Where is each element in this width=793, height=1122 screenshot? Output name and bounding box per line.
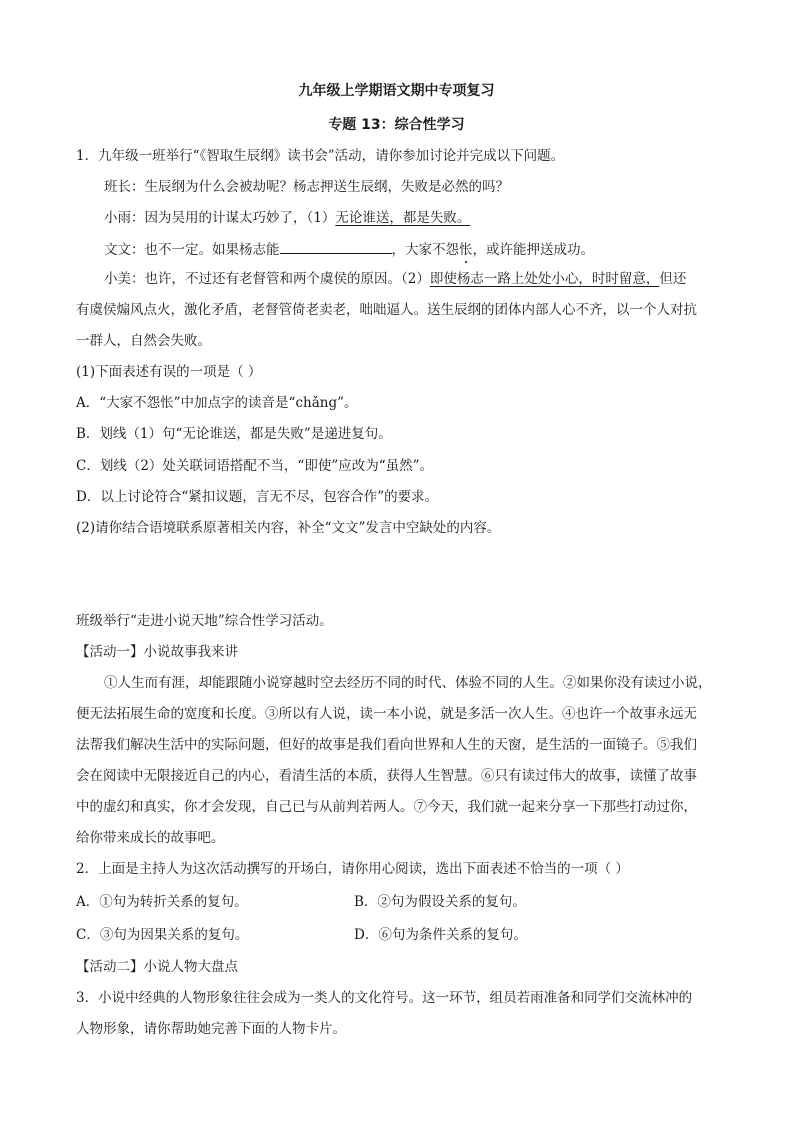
q1-sub1-question: (1)下面表述有误的一项是（ ）	[76, 363, 261, 381]
fill-in-blank[interactable]	[280, 239, 392, 254]
dialogue-banzhang: 班长：生辰纲为什么会被劫呢？杨志押送生辰纲，失败是必然的吗？	[104, 178, 509, 196]
activity1-title: 【活动一】小说故事我来讲	[76, 643, 238, 661]
q2-option-a[interactable]: A．①句为转折关系的复句。	[76, 893, 248, 911]
dialogue-wenwen-suffix: ，或许能押送成功。	[473, 242, 595, 258]
passage-line: 中的虚幻和真实，你才会发现，自己已与从前判若两人。⑦今天，我们就一起来分享一下那…	[76, 798, 697, 816]
q1-option-d[interactable]: D．以上讨论符合“紧扣议题，言无不尽，包容合作”的要求。	[76, 488, 438, 506]
q1-stem: 1．九年级一班举行“《智取生辰纲》读书会”活动，请你参加讨论并完成以下问题。	[76, 147, 564, 165]
passage-line: ①人生而有涯，却能跟随小说穿越时空去经历不同的时代、体验不同的人生。②如果你没有…	[104, 674, 712, 692]
underlined-sentence-1: 无论谁送，都是失败。	[335, 210, 470, 226]
dialogue-wenwen-prefix: 文文：也不一定。如果杨志能	[104, 242, 280, 258]
q2-option-d[interactable]: D．⑥句为条件关系的复句。	[354, 926, 527, 944]
q2-option-b[interactable]: B．②句为假设关系的复句。	[354, 893, 526, 911]
q2-option-c[interactable]: C．③句为因果关系的复句。	[76, 926, 248, 944]
activity2-title: 【活动二】小说人物大盘点	[76, 958, 238, 976]
document-page: 九年级上学期语文期中专项复习 专题 13：综合性学习 1．九年级一班举行“《智取…	[0, 0, 793, 1122]
dialogue-xiaomei-tail: 但还	[659, 271, 686, 287]
document-title: 九年级上学期语文期中专项复习	[0, 82, 793, 100]
dialogue-xiaomei: 小美：也许，不过还有老督管和两个虞侯的原因。（2）即使杨志一路上处处小心，时时留…	[104, 270, 686, 288]
dialogue-xiaomei-prefix: 小美：也许，不过还有老督管和两个虞侯的原因。（2）	[104, 271, 430, 287]
passage-line: 给你带来成长的故事吧。	[76, 829, 225, 847]
q2-stem: 2．上面是主持人为这次活动撰写的开场白，请你用心阅读，选出下面表述不恰当的一项（…	[76, 860, 629, 878]
document-subtitle: 专题 13：综合性学习	[0, 116, 793, 134]
q1-option-c[interactable]: C．划线（2）处关联词语搭配不当，“即使”应改为“虽然”。	[76, 457, 433, 475]
dialogue-wenwen: 文文：也不一定。如果杨志能，大家不怨怅，或许能押送成功。	[104, 239, 594, 259]
section2-intro: 班级举行“走进小说天地”综合性学习活动。	[76, 612, 333, 630]
passage-line: 便无法拓展生命的宽度和长度。③所以有人说，读一本小说，就是多活一次人生。④也许一…	[76, 705, 697, 723]
q1-option-b[interactable]: B．划线（1）句“无论谁送，都是失败”是递进复句。	[76, 425, 392, 443]
dialogue-xiaoyu: 小雨：因为吴用的计谋太巧妙了，（1）无论谁送，都是失败。	[104, 209, 470, 227]
q1-option-a[interactable]: A．“大家不怨怅”中加点字的读音是“chǎng”。	[76, 394, 358, 412]
dialogue-wenwen-mid: ，大家不怨	[392, 242, 460, 258]
underlined-sentence-2: 即使杨志一路上处处小心，时时留意，	[430, 271, 660, 287]
dialogue-xiaoyu-prefix: 小雨：因为吴用的计谋太巧妙了，（1）	[104, 210, 335, 226]
q3-line1: 3．小说中经典的人物形象往往会成为一类人的文化符号。这一环节，组员若雨准备和同学…	[76, 989, 692, 1007]
dotted-character: 怅	[459, 242, 473, 258]
passage-line: 会在阅读中无限接近自己的内心，看清生活的本质，获得人生智慧。⑥只有读过伟大的故事…	[76, 767, 697, 785]
dialogue-xiaomei-line2: 有虞侯煽风点火，激化矛盾，老督管倚老卖老，咄咄逼人。送生辰纲的团体内部人心不齐，…	[76, 301, 697, 319]
q1-sub2-question: (2)请你结合语境联系原著相关内容，补全“文文”发言中空缺处的内容。	[76, 519, 500, 537]
dialogue-xiaomei-line3: 一群人，自然会失败。	[76, 332, 211, 350]
q3-line2: 人物形象，请你帮助她完善下面的人物卡片。	[76, 1020, 346, 1038]
passage-line: 法帮我们解决生活中的实际问题，但好的故事是我们看向世界和人生的天窗，是生活的一面…	[76, 736, 697, 754]
